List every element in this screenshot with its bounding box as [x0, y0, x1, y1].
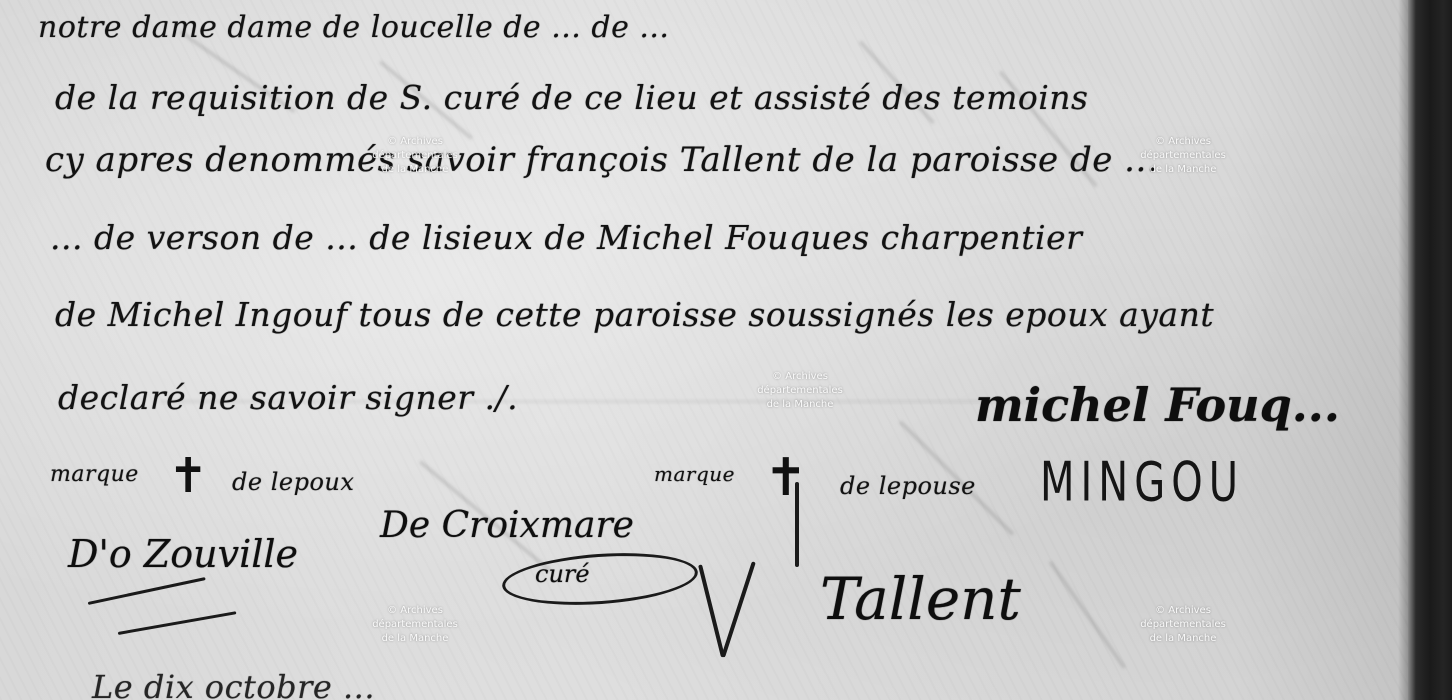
mark-stroke	[795, 482, 799, 567]
groom-cross-mark: ✝	[168, 448, 208, 504]
mark-stroke	[698, 564, 725, 657]
watermark-line: © Archives	[360, 135, 470, 149]
bride-cross-mark: ✝	[764, 448, 808, 508]
signature-dozouville: D'o Zouville	[68, 532, 298, 576]
signature-mingou: MINGOU	[1040, 452, 1244, 514]
manuscript-page: notre dame dame de loucelle de ... de ..…	[0, 0, 1452, 700]
watermark-line: départementales	[360, 618, 470, 632]
next-entry-line: Le dix octobre ...	[92, 668, 375, 700]
manuscript-line-5: de Michel Ingouf tous de cette paroisse …	[55, 295, 1214, 334]
watermark-line: © Archives	[745, 370, 855, 384]
groom-label: de lepoux	[232, 468, 354, 496]
watermark-line: de la Manche	[1128, 632, 1238, 646]
watermark-line: départementales	[1128, 618, 1238, 632]
watermark-line: © Archives	[1128, 135, 1238, 149]
watermark-line: de la Manche	[1128, 163, 1238, 177]
page-shadow	[1398, 0, 1408, 700]
watermark-line: © Archives	[1128, 604, 1238, 618]
book-binding-edge	[1408, 0, 1452, 700]
signature-cure: curé	[535, 560, 590, 588]
signature-michel-fouques: michel Fouq...	[975, 378, 1340, 432]
groom-mark-label: marque	[50, 462, 139, 487]
signature-flourish	[88, 577, 206, 605]
signature-de-croixmare: De Croixmare	[380, 505, 634, 546]
watermark-line: de la Manche	[360, 163, 470, 177]
bleed-through-stroke	[1049, 561, 1126, 669]
mark-stroke	[721, 561, 756, 657]
bride-mark-label: marque	[654, 462, 735, 486]
archive-watermark: © Archives départementales de la Manche	[1128, 135, 1238, 177]
manuscript-line-6: declaré ne savoir signer ./.	[58, 378, 518, 417]
signature-flourish	[118, 611, 237, 635]
manuscript-line-2: de la requisition de S. curé de ce lieu …	[55, 78, 1089, 117]
manuscript-line-3: cy apres denommés savoir françois Tallen…	[45, 140, 1158, 180]
manuscript-line-1: notre dame dame de loucelle de ... de ..…	[38, 10, 669, 45]
archive-watermark: © Archives départementales de la Manche	[360, 604, 470, 646]
archive-watermark: © Archives départementales de la Manche	[360, 135, 470, 177]
watermark-line: départementales	[360, 149, 470, 163]
watermark-line: de la Manche	[745, 398, 855, 412]
watermark-line: départementales	[745, 384, 855, 398]
watermark-line: © Archives	[360, 604, 470, 618]
bride-label: de lepouse	[840, 472, 976, 500]
manuscript-line-4: ... de verson de ... de lisieux de Miche…	[50, 218, 1082, 257]
signature-tallent: Tallent	[820, 565, 1021, 633]
archive-watermark: © Archives départementales de la Manche	[1128, 604, 1238, 646]
watermark-line: de la Manche	[360, 632, 470, 646]
archive-watermark: © Archives départementales de la Manche	[745, 370, 855, 412]
watermark-line: départementales	[1128, 149, 1238, 163]
